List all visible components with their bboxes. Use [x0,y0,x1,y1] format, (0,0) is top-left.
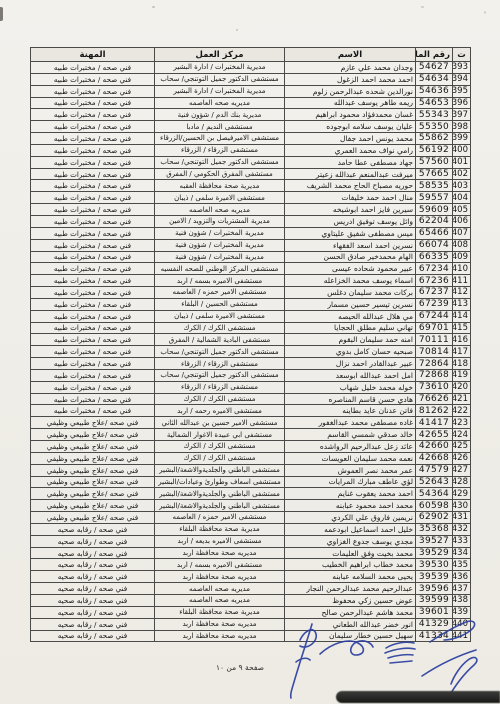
cell-work-center: مستشفى اسعاف وطوارئ وعيادات/البشير [155,476,285,488]
table-row: 413 67239 نسرين تيسير حسين مسمار مستشفى … [31,298,471,310]
signature-2 [320,641,373,655]
cell-file-number: 54634 [416,73,453,85]
cell-profession: فني صحه / مختبرات طبيه [31,405,155,417]
table-row: 410 67234 عبير محمود شحاده عيسى مستشفى ا… [31,263,471,275]
column-header-index: ت [453,48,471,62]
cell-profession: فني صحه / مختبرات طبيه [31,97,155,109]
cell-profession: فني صحه / مختبرات طبيه [31,133,155,145]
cell-profession: فني صحه /علاج طبيعي وظيفي [31,441,155,453]
cell-file-number: 39599 [416,594,453,606]
table-row: 409 66335 الهام محمدخير صادق الحسن مديري… [31,251,471,263]
cell-profession: فني صحه / مختبرات طبيه [31,322,155,334]
table-row: 404 59557 منال احمد حمد خليفات مستشفى ال… [31,192,471,204]
staff-table: ت رقم الملف الاسم مركز العمل المهنة 393 … [30,47,471,642]
table-row: 401 57560 جهاد مصطفى عطا حامد مستشفى الد… [31,156,471,168]
cell-index: 423 [453,417,471,429]
cell-profession: فني صحه /علاج طبيعي وظيفي [31,512,155,524]
table-row: 420 73610 خوله محمد خليل شهاب مستشفى الز… [31,381,471,393]
table-row: 425 42660 عائد زعل عبدالرحيم الرواشده مس… [31,441,471,453]
cell-name: خوله محمد خليل شهاب [285,381,416,393]
cell-work-center: مستشفى الدكتور جميل التوتنجي/ سحاب [155,156,285,168]
cell-file-number: 67239 [416,298,453,310]
cell-index: 426 [453,452,471,464]
cell-name: عائد زعل عبدالرحيم الرواشده [285,441,416,453]
cell-name: وجدان محمد علي عازم [285,62,416,74]
cell-file-number: 59609 [416,204,453,216]
cell-file-number: 58535 [416,180,453,192]
cell-profession: فني صحه / رقابه صحيه [31,547,155,559]
cell-file-number: 70111 [416,334,453,346]
cell-profession: فني صحه /علاج طبيعي وظيفي [31,417,155,429]
cell-index: 437 [453,583,471,595]
cell-work-center: مستشفى المفرق الحكومي / المفرق [155,168,285,180]
table-row: 432 35368 خليل احمد اسماعيل ابودعمه مدير… [31,523,471,535]
cell-work-center: مستشفى الكرك / الكرك [155,322,285,334]
cell-work-center: مستشفى الدكتور جميل التوتنجي/ سحاب [155,73,285,85]
column-header-profession: المهنة [31,48,155,62]
cell-file-number: 55862 [416,133,453,145]
cell-name: غاده مصطفى محمد عبدالغفور [285,417,416,429]
cell-file-number: 35368 [416,523,453,535]
cell-index: 427 [453,464,471,476]
cell-profession: فني صحه / رقابه صحيه [31,523,155,535]
cell-name: محمد يونس احمد جفال [285,133,416,145]
cell-work-center: مستشفى ابي عبيدة الاغوار الشمالية [155,429,285,441]
cell-profession: فني صحه / مختبرات طبيه [31,346,155,358]
cell-profession: فني صحه / مختبرات طبيه [31,381,155,393]
scan-edge-mark [0,7,3,21]
cell-work-center: مديرية المختبرات / شؤون فنية [155,251,285,263]
cell-profession: فني صحه / رقابه صحيه [31,559,155,571]
cell-name: نسرين احمد اسعد الفقهاء [285,239,416,251]
cell-file-number: 54653 [416,97,453,109]
table-row: 427 47579 عمر محمد نصر العموش مستشفى الب… [31,464,471,476]
cell-work-center: مستشفى الاميرة سلمى / ذيبان [155,310,285,322]
cell-profession: فني صحه / مختبرات طبيه [31,227,155,239]
cell-index: 397 [453,109,471,121]
table-row: 408 66074 نسرين احمد اسعد الفقهاء مديرية… [31,239,471,251]
cell-file-number: 54627 [416,62,453,74]
cell-name: ميس مصطفى شفيق عليتاوي [285,227,416,239]
cell-file-number: 55343 [416,109,453,121]
table-row: 393 54627 وجدان محمد علي عازم مديرية الم… [31,62,471,74]
cell-index: 418 [453,358,471,370]
cell-work-center: مستشفى الزرقاء / الزرقاء [155,144,285,156]
table-row: 400 56192 رامي نواف محمد العمري مستشفى ا… [31,144,471,156]
cell-name: حوريه مصباح الحاج محمد الشريف [285,180,416,192]
cell-name: عوض حسين زكي محفوظ [285,594,416,606]
cell-file-number: 39529 [416,547,453,559]
cell-name: ريمه طاهر يوسف عبدالله [285,97,416,109]
cell-file-number: 76626 [416,393,453,405]
cell-file-number: 39596 [416,583,453,595]
cell-profession: فني صحه / مختبرات طبيه [31,358,155,370]
cell-profession: فني صحه / مختبرات طبيه [31,156,155,168]
cell-file-number: 47579 [416,464,453,476]
table-row: 416 70111 امنه حمد سليمان البقوم مستشفى … [31,334,471,346]
cell-name: منال احمد حمد خليفات [285,192,416,204]
cell-work-center: مديرية المشتريات والتزويد / الامين [155,215,285,227]
cell-index: 428 [453,476,471,488]
cell-work-center: مستشفى الدكتور جميل التوتنجي/ سحاب [155,346,285,358]
cell-file-number: 65466 [416,227,453,239]
cell-name: جهاد مصطفى عطا حامد [285,156,416,168]
cell-name: هادي حسن قاسم المناصره [285,393,416,405]
cell-file-number: 67234 [416,263,453,275]
cell-file-number: 39530 [416,559,453,571]
cell-profession: فني صحه / رقابه صحيه [31,535,155,547]
cell-profession: فني صحه / مختبرات طبيه [31,239,155,251]
cell-index: 399 [453,133,471,145]
cell-work-center: مستشفى الكرك / الكرك [155,441,285,453]
cell-profession: فني صحه / مختبرات طبيه [31,298,155,310]
cell-index: 416 [453,334,471,346]
cell-profession: فني صحه / مختبرات طبيه [31,369,155,381]
table-row: 434 39529 محمد بخيت وفق العليمات مديريه … [31,547,471,559]
table-row: 412 67237 بركات محمد سليمان دغلس مستشفى … [31,287,471,299]
cell-file-number: 62204 [416,215,453,227]
cell-work-center: مستشفى الباطني والجلديةوالاشعة/البشير [155,500,285,512]
table-row: 418 72864 عبير عبدالقادر احمد نزال مستشف… [31,358,471,370]
table-row: 423 41417 غاده مصطفى محمد عبدالغفور مستش… [31,417,471,429]
cell-work-center: مستشفى الامير حسين بن عبدالله الثاني [155,417,285,429]
cell-name: ميرفت عبدالمنعم عبدالله زعيتر [285,168,416,180]
cell-name: مي هلال عبدالله الحيصه [285,310,416,322]
cell-name: لؤي عاطف مبارك المرايات [285,476,416,488]
cell-file-number: 57665 [416,168,453,180]
table-row: 405 59609 سيرين فايز احمد ابوشيخه مديريه… [31,204,471,216]
cell-profession: فني صحه / مختبرات طبيه [31,393,155,405]
cell-name: احمد محمد يعقوب غنايم [285,488,416,500]
cell-file-number: 67244 [416,310,453,322]
cell-work-center: مديرية المختبرات / شؤون فنية [155,227,285,239]
cell-profession: فني صحه / مختبرات طبيه [31,144,155,156]
cell-file-number: 42668 [416,452,453,464]
cell-name: محمد احمد محمود عبابنه [285,500,416,512]
table-header-row: ت رقم الملف الاسم مركز العمل المهنة [31,48,471,62]
cell-index: 402 [453,168,471,180]
cell-work-center: مديرية المختبرات / ادارة البشير [155,62,285,74]
table-row: 406 62204 وائل يوسف توفيق ادريس مديرية ا… [31,215,471,227]
cell-file-number: 66335 [416,251,453,263]
cell-name: اسماء يوسف محمد الخزاعله [285,275,416,287]
column-header-work-center: مركز العمل [155,48,285,62]
cell-file-number: 67237 [416,287,453,299]
cell-index: 396 [453,97,471,109]
cell-profession: فني صحه / مختبرات طبيه [31,168,155,180]
cell-index: 433 [453,535,471,547]
signature-3 [385,642,415,663]
cell-work-center: مستشفى البادية الشمالية / المفرق [155,334,285,346]
cell-profession: فني صحه / رقابه صحيه [31,571,155,583]
cell-profession: فني صحه / رقابه صحيه [31,618,155,630]
cell-profession: فني صحه / رقابه صحيه [31,606,155,618]
cell-index: 409 [453,251,471,263]
cell-work-center: مديريه صحه العاصمه [155,204,285,216]
cell-name: خليل احمد اسماعيل ابودعمه [285,523,416,535]
table-row: 414 67244 مي هلال عبدالله الحيصه مستشفى … [31,310,471,322]
cell-profession: فني صحه / مختبرات طبيه [31,204,155,216]
cell-name: احمد محمد احمد الزغول [285,73,416,85]
cell-work-center: مستشفى الاميره بسمه / اربد [155,275,285,287]
cell-name: نسرين تيسير حسين مسمار [285,298,416,310]
cell-file-number: 81262 [416,405,453,417]
cell-work-center: مستشفى الامير حمزه / العاصمه [155,512,285,524]
signature-1 [291,624,317,698]
cell-work-center: مديرية المختبرات / ادارة البشير [155,85,285,97]
cell-name: يحيى محمد السلامه عبابنه [285,571,416,583]
cell-index: 436 [453,571,471,583]
cell-profession: فني صحه / مختبرات طبيه [31,73,155,85]
cell-name: امنه حمد سليمان البقوم [285,334,416,346]
table-row: 411 67236 اسماء يوسف محمد الخزاعله مستشف… [31,275,471,287]
table-row: 436 39539 يحيى محمد السلامه عبابنه مديري… [31,571,471,583]
cell-file-number: 72864 [416,358,453,370]
table-row: 422 81262 فاتن عدنان عايد بطاينه مستشفى … [31,405,471,417]
cell-file-number: 56192 [416,144,453,156]
cell-work-center: مديريه صحه العاصمه [155,583,285,595]
cell-name: عبير عبدالقادر احمد نزال [285,358,416,370]
signature-scribbles [252,610,500,704]
cell-work-center: مستشفى الكرك / الكرك [155,452,285,464]
signature-4 [422,621,477,698]
table-row: 426 42668 نعمه محمد سليمان العويسات مستش… [31,452,471,464]
cell-file-number: 54636 [416,85,453,97]
cell-name: محمد خطاب ابراهيم الخطيب [285,559,416,571]
cell-index: 431 [453,512,471,524]
table-row: 419 72868 امل احمد عبدالله ابوسعد مستشفى… [31,369,471,381]
cell-work-center: مديريه صحه العاصمه [155,594,285,606]
cell-profession: فني صحه /علاج طبيعي وظيفي [31,452,155,464]
cell-profession: فني صحه / رقابه صحيه [31,583,155,595]
table-row: 431 62902 نريمين فاروق علي الكردي مستشفى… [31,512,471,524]
cell-file-number: 39527 [416,535,453,547]
cell-name: خالد صدقي شمسي القاسم [285,429,416,441]
cell-file-number: 70814 [416,346,453,358]
cell-profession: فني صحه /علاج طبيعي وظيفي [31,488,155,500]
cell-work-center: مديريه صحة محافظة اربد [155,571,285,583]
cell-work-center: مستشفى الكرك / الكرك [155,393,285,405]
cell-name: صبحيه حسان كامل بدوي [285,346,416,358]
cell-file-number: 52643 [416,476,453,488]
table-row: 437 39596 عبدالرحيم محمد عبدالرحمن النجا… [31,583,471,595]
scanned-document-page: ت رقم الملف الاسم مركز العمل المهنة 393 … [0,0,500,704]
scan-speck [236,29,238,31]
table-body: 393 54627 وجدان محمد علي عازم مديرية الم… [31,62,471,642]
table-row: 407 65466 ميس مصطفى شفيق عليتاوي مديرية … [31,227,471,239]
cell-profession: فني صحه / مختبرات طبيه [31,85,155,97]
cell-index: 401 [453,156,471,168]
scan-speck [152,6,155,8]
cell-profession: فني صحه /علاج طبيعي وظيفي [31,464,155,476]
cell-profession: فني صحه / مختبرات طبيه [31,121,155,133]
cell-file-number: 54364 [416,488,453,500]
cell-name: بركات محمد سليمان دغلس [285,287,416,299]
cell-index: 395 [453,85,471,97]
table-row: 415 69701 تهاني سليم مطلق الحجايا مستشفى… [31,322,471,334]
scan-artifact-bar [336,691,500,703]
cell-work-center: مديرية صحة محافظة البلقاء [155,523,285,535]
cell-name: سيرين فايز احمد ابوشيخه [285,204,416,216]
cell-index: 408 [453,239,471,251]
table-row: 433 39527 مجدي يوسف جدوع الغزاوي مستشفى … [31,535,471,547]
cell-file-number: 42655 [416,429,453,441]
cell-work-center: مديريه صحه العاصمه [155,97,285,109]
cell-name: عبدالرحيم محمد عبدالرحمن النجار [285,583,416,595]
cell-file-number: 55350 [416,121,453,133]
cell-profession: فني صحه / مختبرات طبيه [31,287,155,299]
cell-index: 415 [453,322,471,334]
cell-index: 430 [453,500,471,512]
table-row: 398 55350 عليان يوسف سلامه ابوجوده مستشف… [31,121,471,133]
cell-work-center: مستشفى الاميرفيصل بن الحسين/الزرقاء [155,133,285,145]
table-row: 428 52643 لؤي عاطف مبارك المرايات مستشفى… [31,476,471,488]
cell-index: 403 [453,180,471,192]
cell-profession: فني صحه / مختبرات طبيه [31,334,155,346]
cell-index: 425 [453,441,471,453]
cell-file-number: 39539 [416,571,453,583]
cell-name: مجدي يوسف جدوع الغزاوي [285,535,416,547]
cell-work-center: مستشفى الزرقاء / الزرقاء [155,381,285,393]
cell-file-number: 73610 [416,381,453,393]
cell-name: نورالدين شحده عبدالرحمن زلوم [285,85,416,97]
table-row: 403 58535 حوريه مصباح الحاج محمد الشريف … [31,180,471,192]
cell-work-center: مستشفى النديم / مادبا [155,121,285,133]
cell-work-center: مستشفى المركز الوطني للصحه النفسيه [155,263,285,275]
cell-work-center: مستشفى الامير حمزه / العاصمه [155,287,285,299]
cell-index: 405 [453,204,471,216]
cell-work-center: مستشفى الاميره رحمه / اربد [155,405,285,417]
cell-file-number: 41417 [416,417,453,429]
cell-work-center: مستشفى الاميرة سلمى / ذيبان [155,192,285,204]
cell-name: رامي نواف محمد العمري [285,144,416,156]
cell-name: عبير محمود شحاده عيسى [285,263,416,275]
cell-index: 432 [453,523,471,535]
cell-profession: فني صحه / مختبرات طبيه [31,215,155,227]
cell-profession: فني صحه /علاج طبيعي وظيفي [31,429,155,441]
cell-profession: فني صحه / مختبرات طبيه [31,310,155,322]
cell-index: 429 [453,488,471,500]
cell-index: 438 [453,594,471,606]
table-row: 397 55343 غسان محمدفؤاد محمود ابراهيم مد… [31,109,471,121]
table-row: 399 55862 محمد يونس احمد جفال مستشفى الا… [31,133,471,145]
cell-index: 413 [453,298,471,310]
cell-index: 398 [453,121,471,133]
cell-index: 414 [453,310,471,322]
cell-name: نعمه محمد سليمان العويسات [285,452,416,464]
cell-work-center: مستشفى الدكتور جميل التوتنجي/ سحاب [155,369,285,381]
table-row: 430 60598 محمد احمد محمود عبابنه مستشفى … [31,500,471,512]
cell-file-number: 66074 [416,239,453,251]
cell-name: وائل يوسف توفيق ادريس [285,215,416,227]
table-row: 394 54634 احمد محمد احمد الزغول مستشفى ا… [31,73,471,85]
table-row: 429 54364 احمد محمد يعقوب غنايم مستشفى ا… [31,488,471,500]
cell-name: فاتن عدنان عايد بطاينه [285,405,416,417]
cell-name: نريمين فاروق علي الكردي [285,512,416,524]
cell-work-center: مديرية المختبرات / شؤون فنية [155,239,285,251]
cell-name: عليان يوسف سلامه ابوجوده [285,121,416,133]
table-row: 438 39599 عوض حسين زكي محفوظ مديريه صحه … [31,594,471,606]
cell-work-center: مستشفى الاميره بديعه / اربد [155,535,285,547]
cell-work-center: مديرية صحة محافظة العقبه [155,180,285,192]
cell-index: 393 [453,62,471,74]
scan-speck [484,11,486,14]
cell-index: 422 [453,405,471,417]
cell-file-number: 69701 [416,322,453,334]
cell-index: 420 [453,381,471,393]
cell-name: محمد بخيت وفق العليمات [285,547,416,559]
table-row: 396 54653 ريمه طاهر يوسف عبدالله مديريه … [31,97,471,109]
cell-name: الهام محمدخير صادق الحسن [285,251,416,263]
cell-file-number: 62902 [416,512,453,524]
cell-index: 435 [453,559,471,571]
cell-index: 434 [453,547,471,559]
table-row: 421 76626 هادي حسن قاسم المناصره مستشفى … [31,393,471,405]
cell-work-center: مستشفى الاميره بسمه / اربد [155,559,285,571]
column-header-file-number: رقم الملف [416,48,453,62]
cell-profession: فني صحه / مختبرات طبيه [31,109,155,121]
cell-name: غسان محمدفؤاد محمود ابراهيم [285,109,416,121]
cell-index: 400 [453,144,471,156]
cell-work-center: مستشفى الباطني والجلديةوالاشعة/البشير [155,464,285,476]
table-row: 435 39530 محمد خطاب ابراهيم الخطيب مستشف… [31,559,471,571]
cell-file-number: 57560 [416,156,453,168]
cell-profession: فني صحه /علاج طبيعي وظيفي [31,476,155,488]
cell-name: امل احمد عبدالله ابوسعد [285,369,416,381]
cell-profession: فني صحه / رقابه صحيه [31,594,155,606]
cell-work-center: مديرية بنك الدم / شؤون فنية [155,109,285,121]
cell-file-number: 42660 [416,441,453,453]
cell-work-center: مديريه صحة محافظة اربد [155,547,285,559]
table-row: 424 42655 خالد صدقي شمسي القاسم مستشفى ا… [31,429,471,441]
cell-index: 404 [453,192,471,204]
cell-index: 412 [453,287,471,299]
cell-index: 421 [453,393,471,405]
cell-name: عمر محمد نصر العموش [285,464,416,476]
cell-profession: فني صحه / مختبرات طبيه [31,192,155,204]
cell-profession: فني صحه / رقابه صحيه [31,630,155,642]
cell-index: 424 [453,429,471,441]
cell-profession: فني صحه /علاج طبيعي وظيفي [31,500,155,512]
cell-index: 394 [453,73,471,85]
cell-profession: فني صحه / مختبرات طبيه [31,251,155,263]
cell-work-center: مستشفى الباطني والجلديةوالاشعة/البشير [155,488,285,500]
cell-work-center: مستشفى الحسين / البلقاء [155,298,285,310]
cell-index: 417 [453,346,471,358]
cell-file-number: 72868 [416,369,453,381]
cell-work-center: مستشفى الزرقاء / الزرقاء [155,358,285,370]
cell-file-number: 60598 [416,500,453,512]
cell-profession: فني صحه / مختبرات طبيه [31,263,155,275]
column-header-name: الاسم [285,48,416,62]
cell-profession: فني صحه / مختبرات طبيه [31,180,155,192]
cell-file-number: 67236 [416,275,453,287]
cell-index: 419 [453,369,471,381]
cell-profession: فني صحه / مختبرات طبيه [31,62,155,74]
cell-index: 407 [453,227,471,239]
cell-name: تهاني سليم مطلق الحجايا [285,322,416,334]
cell-index: 411 [453,275,471,287]
table-row: 417 70814 صبحيه حسان كامل بدوي مستشفى ال… [31,346,471,358]
cell-index: 410 [453,263,471,275]
scan-speck [421,6,424,8]
cell-profession: فني صحه / مختبرات طبيه [31,275,155,287]
table-row: 402 57665 ميرفت عبدالمنعم عبدالله زعيتر … [31,168,471,180]
cell-index: 406 [453,215,471,227]
cell-file-number: 59557 [416,192,453,204]
table-row: 395 54636 نورالدين شحده عبدالرحمن زلوم م… [31,85,471,97]
